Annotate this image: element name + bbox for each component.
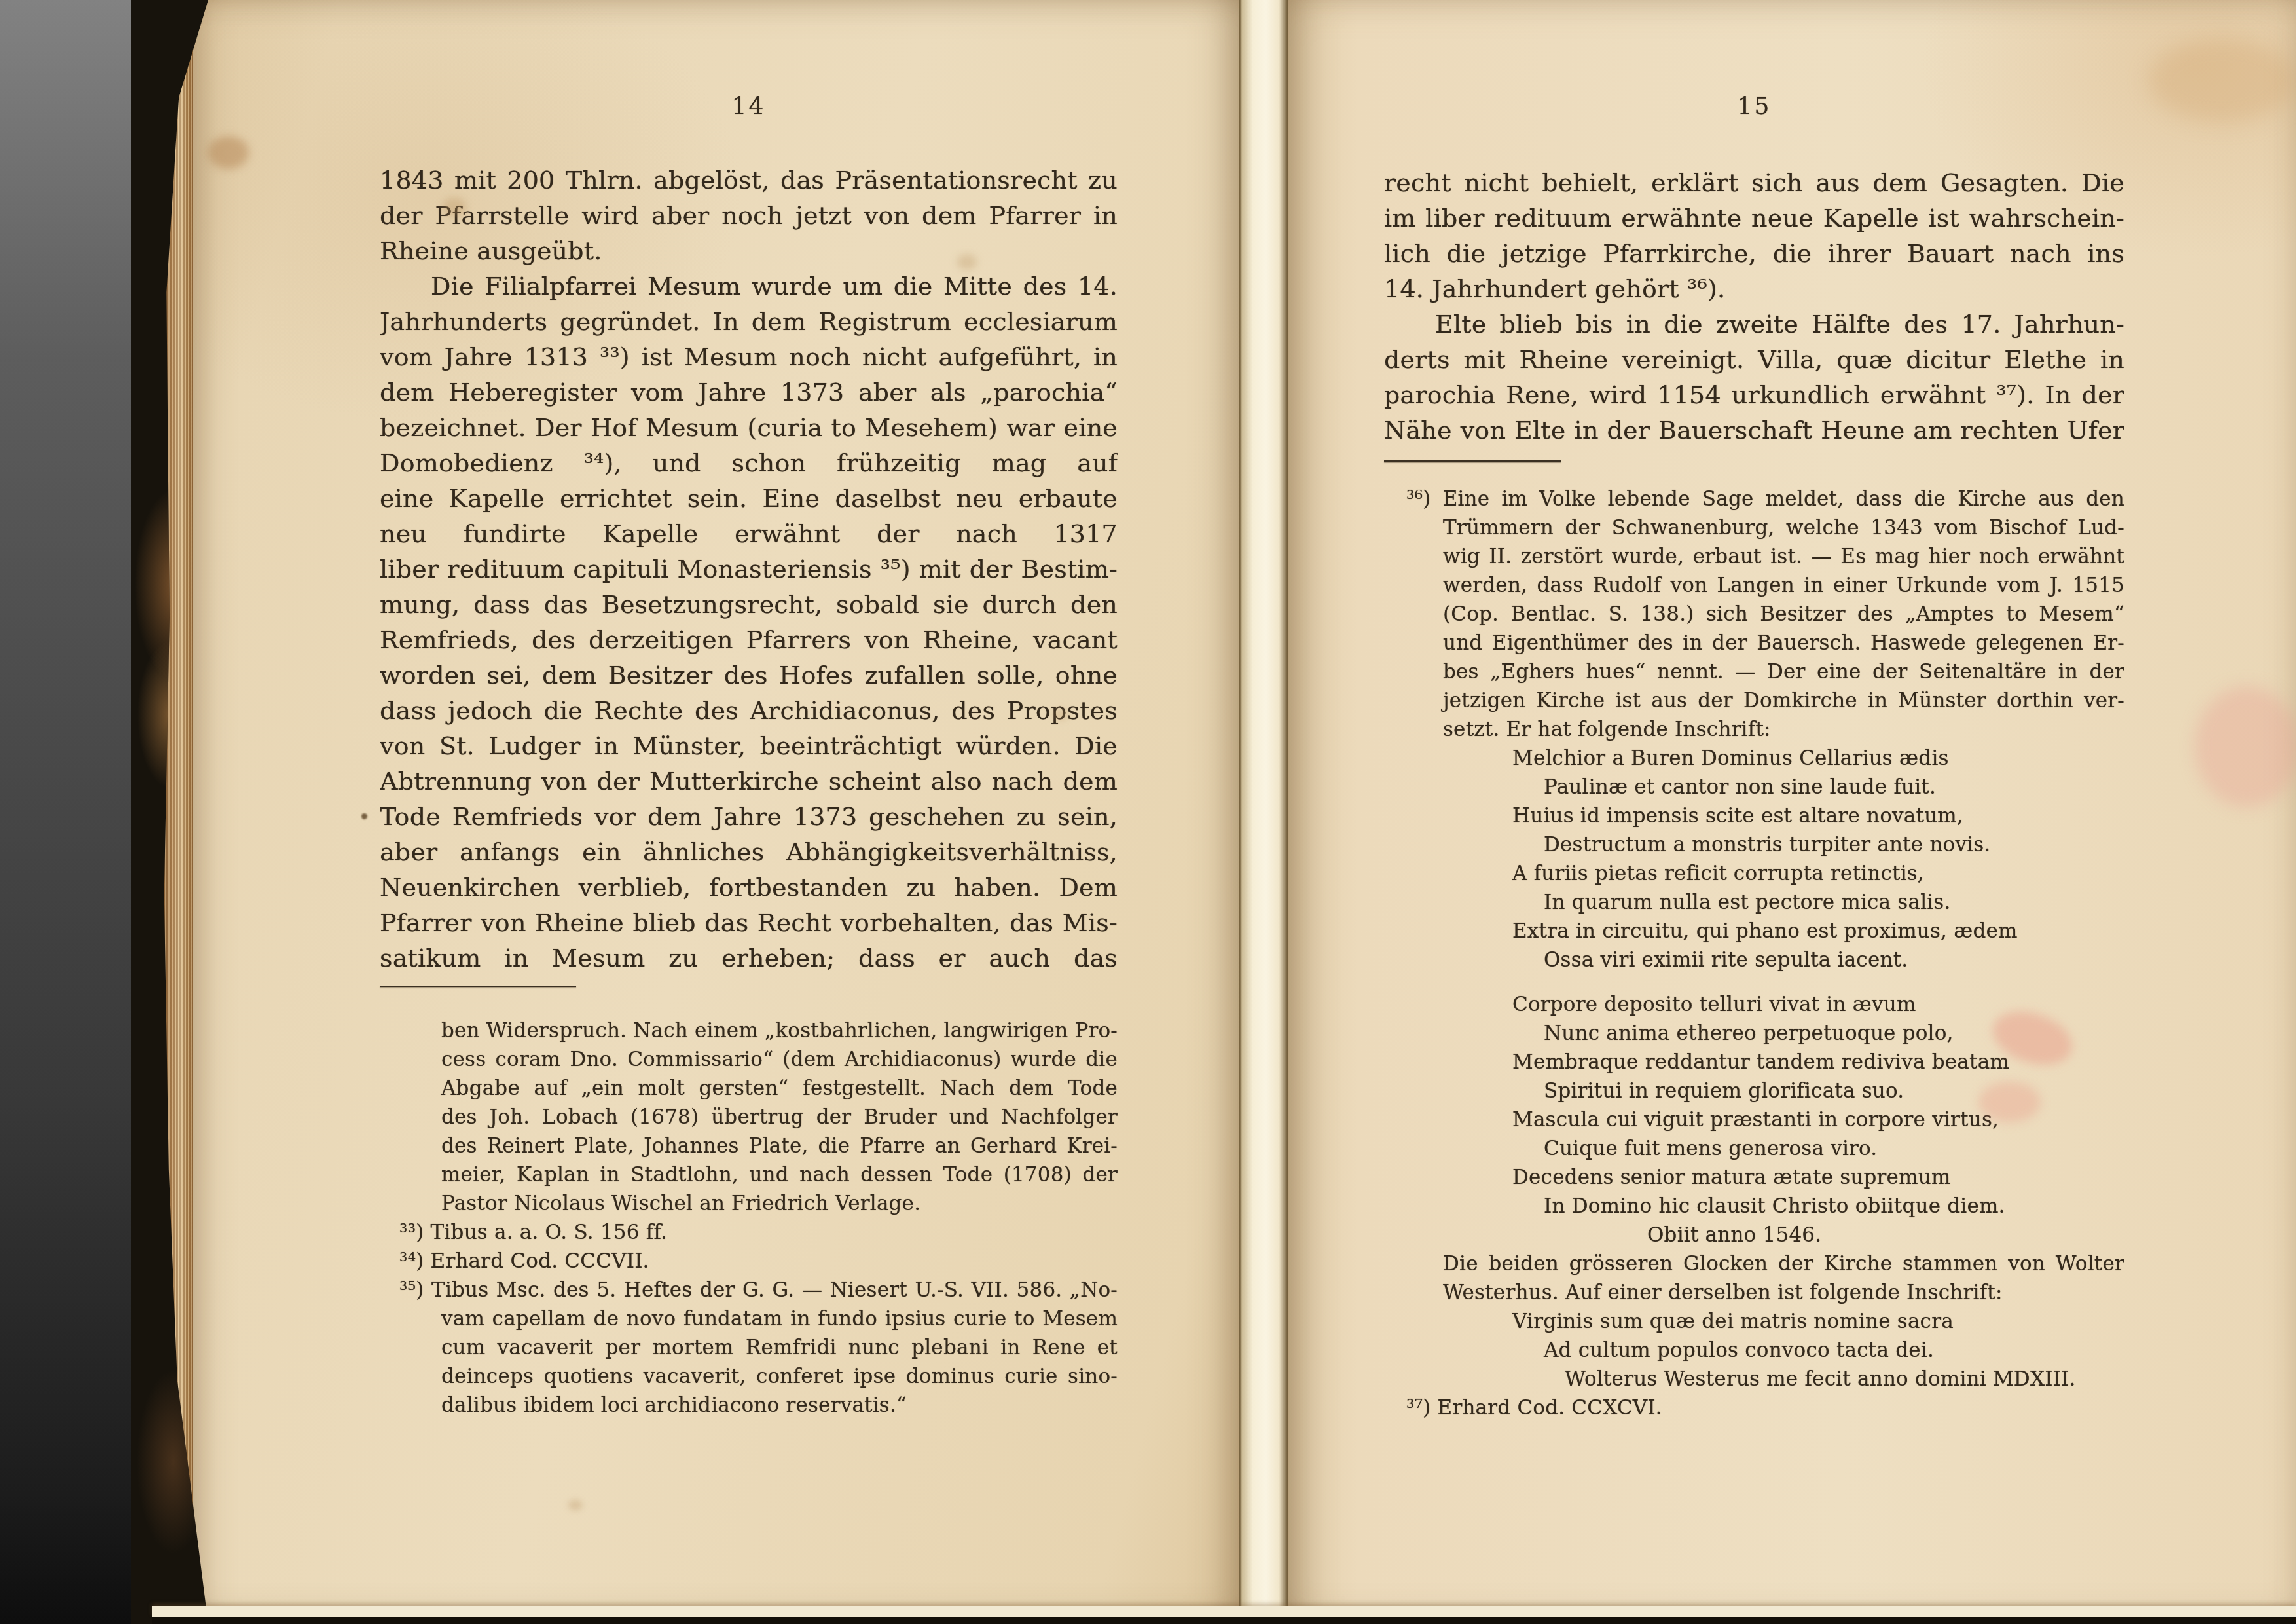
text-line: Virginis sum quæ dei matris nomine sacra	[1384, 1307, 2124, 1336]
text-line: Destructum a monstris turpiter ante novi…	[1384, 830, 2124, 859]
text-line: In Domino hic clausit Christo obiitque d…	[1384, 1192, 2124, 1221]
text-line: von St. Ludger in Münster, beeinträchtig…	[380, 728, 1118, 764]
text-line: dalibus ibidem loci archidiacono reserva…	[380, 1391, 1118, 1420]
footnotes-right: ³⁶) Eine im Volke lebende Sage meldet, d…	[1384, 485, 2124, 1422]
text-line: werden, dass Rudolf von Langen in einer …	[1384, 571, 2124, 600]
text-line: vom Jahre 1313 ³³) ist Mesum noch nicht …	[380, 339, 1118, 375]
text-line: worden sei, dem Besitzer des Hofes zufal…	[380, 657, 1118, 693]
text-line: Die Filialpfarrei Mesum wurde um die Mit…	[380, 268, 1118, 304]
page-right: 15 recht nicht behielt, erklärt sich aus…	[1288, 0, 2296, 1624]
main-text-right: recht nicht behielt, erklärt sich aus de…	[1384, 165, 2124, 448]
text-line: Die beiden grösseren Glocken der Kirche …	[1384, 1249, 2124, 1278]
text-line: Rheine ausgeübt.	[380, 233, 1118, 268]
text-line: satikum in Mesum zu erheben; dass er auc…	[380, 940, 1118, 976]
text-line: Decedens senior matura ætate supremum	[1384, 1163, 2124, 1192]
text-line: setzt. Er hat folgende Inschrift:	[1384, 715, 2124, 744]
text-line: neu fundirte Kapelle erwähnt der nach 13…	[380, 516, 1118, 551]
text-line: A furiis pietas reficit corrupta retinct…	[1384, 859, 2124, 888]
text-line: Spiritui in requiem glorificata suo.	[1384, 1077, 2124, 1105]
text-line: 14. Jahrhundert gehört ³⁶).	[1384, 271, 2124, 306]
page-number-right: 15	[1384, 93, 2124, 120]
text-line: Tode Remfrieds vor dem Jahre 1373 gesche…	[380, 799, 1118, 834]
text-line: jetzigen Kirche ist aus der Domkirche in…	[1384, 686, 2124, 715]
text-line: lich die jetzige Pfarrkirche, die ihrer …	[1384, 236, 2124, 271]
text-line: In quarum nulla est pectore mica salis.	[1384, 888, 2124, 917]
footnote-rule-left	[380, 986, 576, 987]
text-line: Extra in circuitu, qui phano est proximu…	[1384, 917, 2124, 946]
footnotes-left: ben Widerspruch. Nach einem „kostbahrlic…	[380, 1016, 1118, 1420]
book-gutter	[1239, 0, 1288, 1624]
text-line: ³⁶) Eine im Volke lebende Sage meldet, d…	[1384, 485, 2124, 513]
text-line: ³³) Tibus a. a. O. S. 156 ff.	[380, 1218, 1118, 1247]
text-line: meier, Kaplan in Stadtlohn, und nach des…	[380, 1160, 1118, 1189]
text-line: Neuenkirchen verblieb, fortbestanden zu …	[380, 870, 1118, 905]
text-line: ben Widerspruch. Nach einem „kostbahrlic…	[380, 1016, 1118, 1045]
text-line: aber anfangs ein ähnliches Abhängigkeits…	[380, 834, 1118, 870]
text-line: Domobedienz ³⁴), und schon frühzeitig ma…	[380, 445, 1118, 481]
text-line: ³⁴) Erhard Cod. CCCVII.	[380, 1247, 1118, 1276]
page-number-left: 14	[380, 93, 1118, 120]
text-line: cum vacaverit per mortem Remfridi nunc p…	[380, 1333, 1118, 1362]
text-line: Remfrieds, des derzeitigen Pfarrers von …	[380, 622, 1118, 657]
text-line: wig II. zerstört wurde, erbaut ist. — Es…	[1384, 542, 2124, 571]
text-line: derts mit Rheine vereinigt. Villa, quæ d…	[1384, 342, 2124, 377]
text-line: 1843 mit 200 Thlrn. abgelöst, das Präsen…	[380, 162, 1118, 198]
text-line: bes „Eghers hues“ nennt. — Der eine der …	[1384, 657, 2124, 686]
text-line: Obiit anno 1546.	[1384, 1221, 2124, 1249]
text-line: des Joh. Lobach (1678) übertrug der Brud…	[380, 1103, 1118, 1132]
text-line: dem Heberegister vom Jahre 1373 aber als…	[380, 375, 1118, 410]
text-line: Membraque reddantur tandem rediviva beat…	[1384, 1048, 2124, 1077]
text-line: vam capellam de novo fundatam in fundo i…	[380, 1304, 1118, 1333]
text-line: Corpore deposito telluri vivat in ævum	[1384, 990, 2124, 1019]
text-line: Melchior a Buren Dominus Cellarius ædis	[1384, 744, 2124, 773]
text-line: Ossa viri eximii rite sepulta iacent.	[1384, 946, 2124, 974]
text-line: ³⁷) Erhard Cod. CCXCVI.	[1384, 1393, 2124, 1422]
footnote-rule-right	[1384, 460, 1561, 462]
main-text-left: 1843 mit 200 Thlrn. abgelöst, das Präsen…	[380, 162, 1118, 976]
text-line: Huius id impensis scite est altare novat…	[1384, 802, 2124, 830]
text-line: parochia Rene, wird 1154 urkundlich erwä…	[1384, 377, 2124, 413]
scan-bottom-edge	[152, 1606, 2296, 1617]
text-line: deinceps quotiens vacaverit, conferet ip…	[380, 1362, 1118, 1391]
text-line: Pastor Nicolaus Wischel an Friedrich Ver…	[380, 1189, 1118, 1218]
text-line: Nähe von Elte in der Bauerschaft Heune a…	[1384, 413, 2124, 448]
scan-bottom-line	[152, 1617, 2296, 1624]
text-line: der Pfarrstelle wird aber noch jetzt von…	[380, 198, 1118, 233]
text-line: Westerhus. Auf einer derselben ist folge…	[1384, 1278, 2124, 1307]
text-line: Mascula cui viguit præstanti in corpore …	[1384, 1105, 2124, 1134]
text-line: Cuique fuit mens generosa viro.	[1384, 1134, 2124, 1163]
text-line: Wolterus Westerus me fecit anno domini M…	[1384, 1365, 2124, 1393]
text-line: mung, dass das Besetzungsrecht, sobald s…	[380, 587, 1118, 622]
text-line: Elte blieb bis in die zweite Hälfte des …	[1384, 306, 2124, 342]
page-left: 14 1843 mit 200 Thlrn. abgelöst, das Prä…	[193, 0, 1239, 1624]
text-line: liber redituum capituli Monasteriensis ³…	[380, 551, 1118, 587]
line-gap	[1384, 974, 2124, 990]
text-line: Pfarrer von Rheine blieb das Recht vorbe…	[380, 905, 1118, 940]
text-line: recht nicht behielt, erklärt sich aus de…	[1384, 165, 2124, 200]
text-line: cess coram Dno. Commissario“ (dem Archid…	[380, 1045, 1118, 1074]
text-line: (Cop. Bentlac. S. 138.) sich Besitzer de…	[1384, 600, 2124, 629]
text-line: Abtrennung von der Mutterkirche scheint …	[380, 764, 1118, 799]
text-line: bezeichnet. Der Hof Mesum (curia to Mese…	[380, 410, 1118, 445]
text-line: ³⁵) Tibus Msc. des 5. Heftes der G. G. —…	[380, 1276, 1118, 1304]
text-line: des Reinert Plate, Johannes Plate, die P…	[380, 1132, 1118, 1160]
text-line: Abgabe auf „ein molt gersten“ festgestel…	[380, 1074, 1118, 1103]
text-line: im liber redituum erwähnte neue Kapelle …	[1384, 200, 2124, 236]
text-line: Ad cultum populos convoco tacta dei.	[1384, 1336, 2124, 1365]
book-scan: 14 1843 mit 200 Thlrn. abgelöst, das Prä…	[0, 0, 2296, 1624]
text-line: und Eigenthümer des in der Bauersch. Has…	[1384, 629, 2124, 657]
text-line: Jahrhunderts gegründet. In dem Registrum…	[380, 304, 1118, 339]
text-line: dass jedoch die Rechte des Archidiaconus…	[380, 693, 1118, 728]
text-line: Trümmern der Schwanenburg, welche 1343 v…	[1384, 513, 2124, 542]
text-line: Nunc anima ethereo perpetuoque polo,	[1384, 1019, 2124, 1048]
text-line: Paulinæ et cantor non sine laude fuit.	[1384, 773, 2124, 802]
text-line: eine Kapelle errichtet sein. Eine daselb…	[380, 481, 1118, 516]
